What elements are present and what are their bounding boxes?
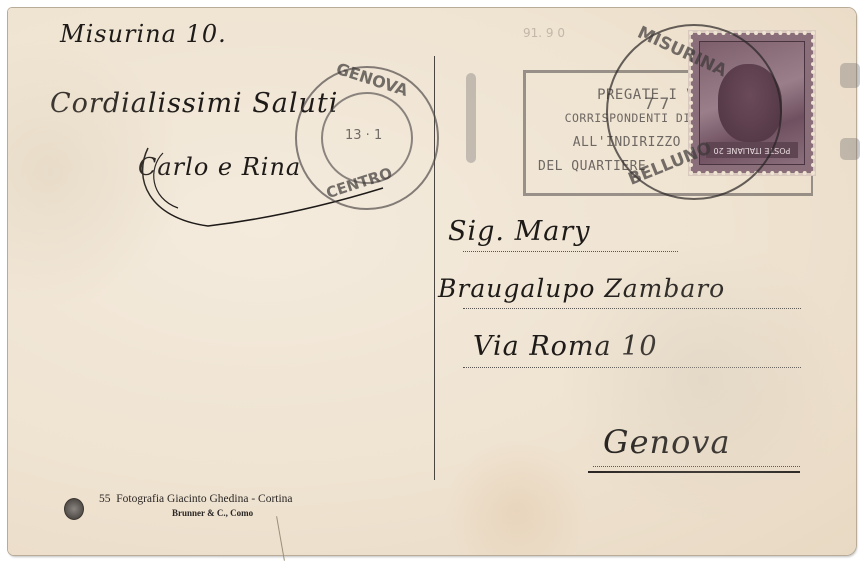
address-rule-2 bbox=[463, 308, 801, 309]
address-line-4: Genova bbox=[603, 423, 731, 461]
address-rule-1 bbox=[463, 251, 678, 252]
address-rule-4 bbox=[593, 466, 800, 467]
postcard: 91. 9 0 Misurina 10. Cordialissimi Salut… bbox=[8, 8, 856, 555]
postmark-genova: GENOVA 13 · 1 CENTRO bbox=[295, 66, 443, 214]
cancel-wave-right-2 bbox=[840, 138, 860, 160]
message-line-1: Misurina 10. bbox=[60, 20, 227, 48]
address-line-1: Sig. Mary bbox=[448, 216, 590, 247]
publisher-line-1: 55 Fotografia Giacinto Ghedina - Cortina bbox=[99, 493, 293, 505]
address-line-2: Braugalupo Zambaro bbox=[438, 274, 725, 303]
postmark-genova-date: 13 · 1 bbox=[345, 128, 382, 143]
postmark-misurina: MISURINA 7 7 BELLUNO bbox=[606, 24, 786, 204]
publisher-logo-icon bbox=[64, 498, 84, 520]
center-divider bbox=[434, 56, 435, 480]
cancel-wave-right bbox=[840, 63, 860, 88]
address-rule-3 bbox=[463, 367, 801, 368]
postmark-misurina-date: 7 7 bbox=[644, 94, 669, 113]
paper-crease bbox=[276, 516, 285, 560]
address-underline bbox=[588, 471, 800, 473]
address-line-3: Via Roma 10 bbox=[473, 331, 658, 362]
pencil-note: 91. 9 0 bbox=[523, 26, 565, 40]
cancel-wave-left bbox=[466, 73, 476, 163]
publisher-line-2: Brunner & C., Como bbox=[172, 508, 253, 518]
